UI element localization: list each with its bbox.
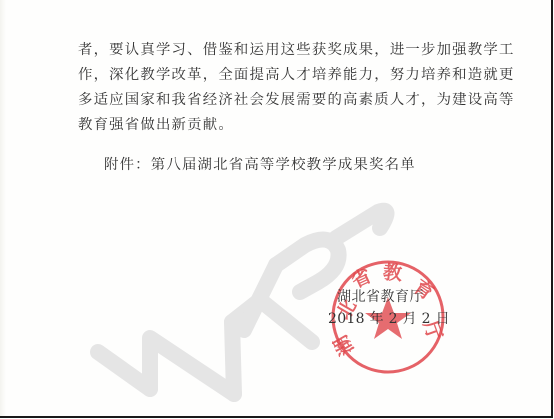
- document-page: 者，要认真学习、借鉴和运用这些获奖成果，进一步加强教学工 作，深化教学改革，全面…: [0, 0, 553, 418]
- svg-text:湖: 湖: [329, 331, 358, 359]
- body-line: 教育强省做出新贡献。: [78, 113, 478, 138]
- attachment-line: 附件：第八届湖北省高等学校教学成果奖名单: [104, 153, 416, 174]
- svg-text:教: 教: [382, 260, 404, 285]
- body-line: 作，深化教学改革，全面提高人才培养能力，努力培养和造就更: [78, 63, 478, 88]
- page-edge-shade: [0, 0, 6, 416]
- body-paragraph: 者，要认真学习、借鉴和运用这些获奖成果，进一步加强教学工 作，深化教学改革，全面…: [78, 38, 478, 138]
- issue-date: 2018 年 2 月 2 日: [328, 308, 450, 328]
- body-line: 多适应国家和我省经济社会发展需要的高素质人才，为建设高等: [78, 88, 478, 113]
- issuer-signature: 湖北省教育厅: [337, 286, 424, 306]
- body-line: 者，要认真学习、借鉴和运用这些获奖成果，进一步加强教学工: [78, 38, 478, 63]
